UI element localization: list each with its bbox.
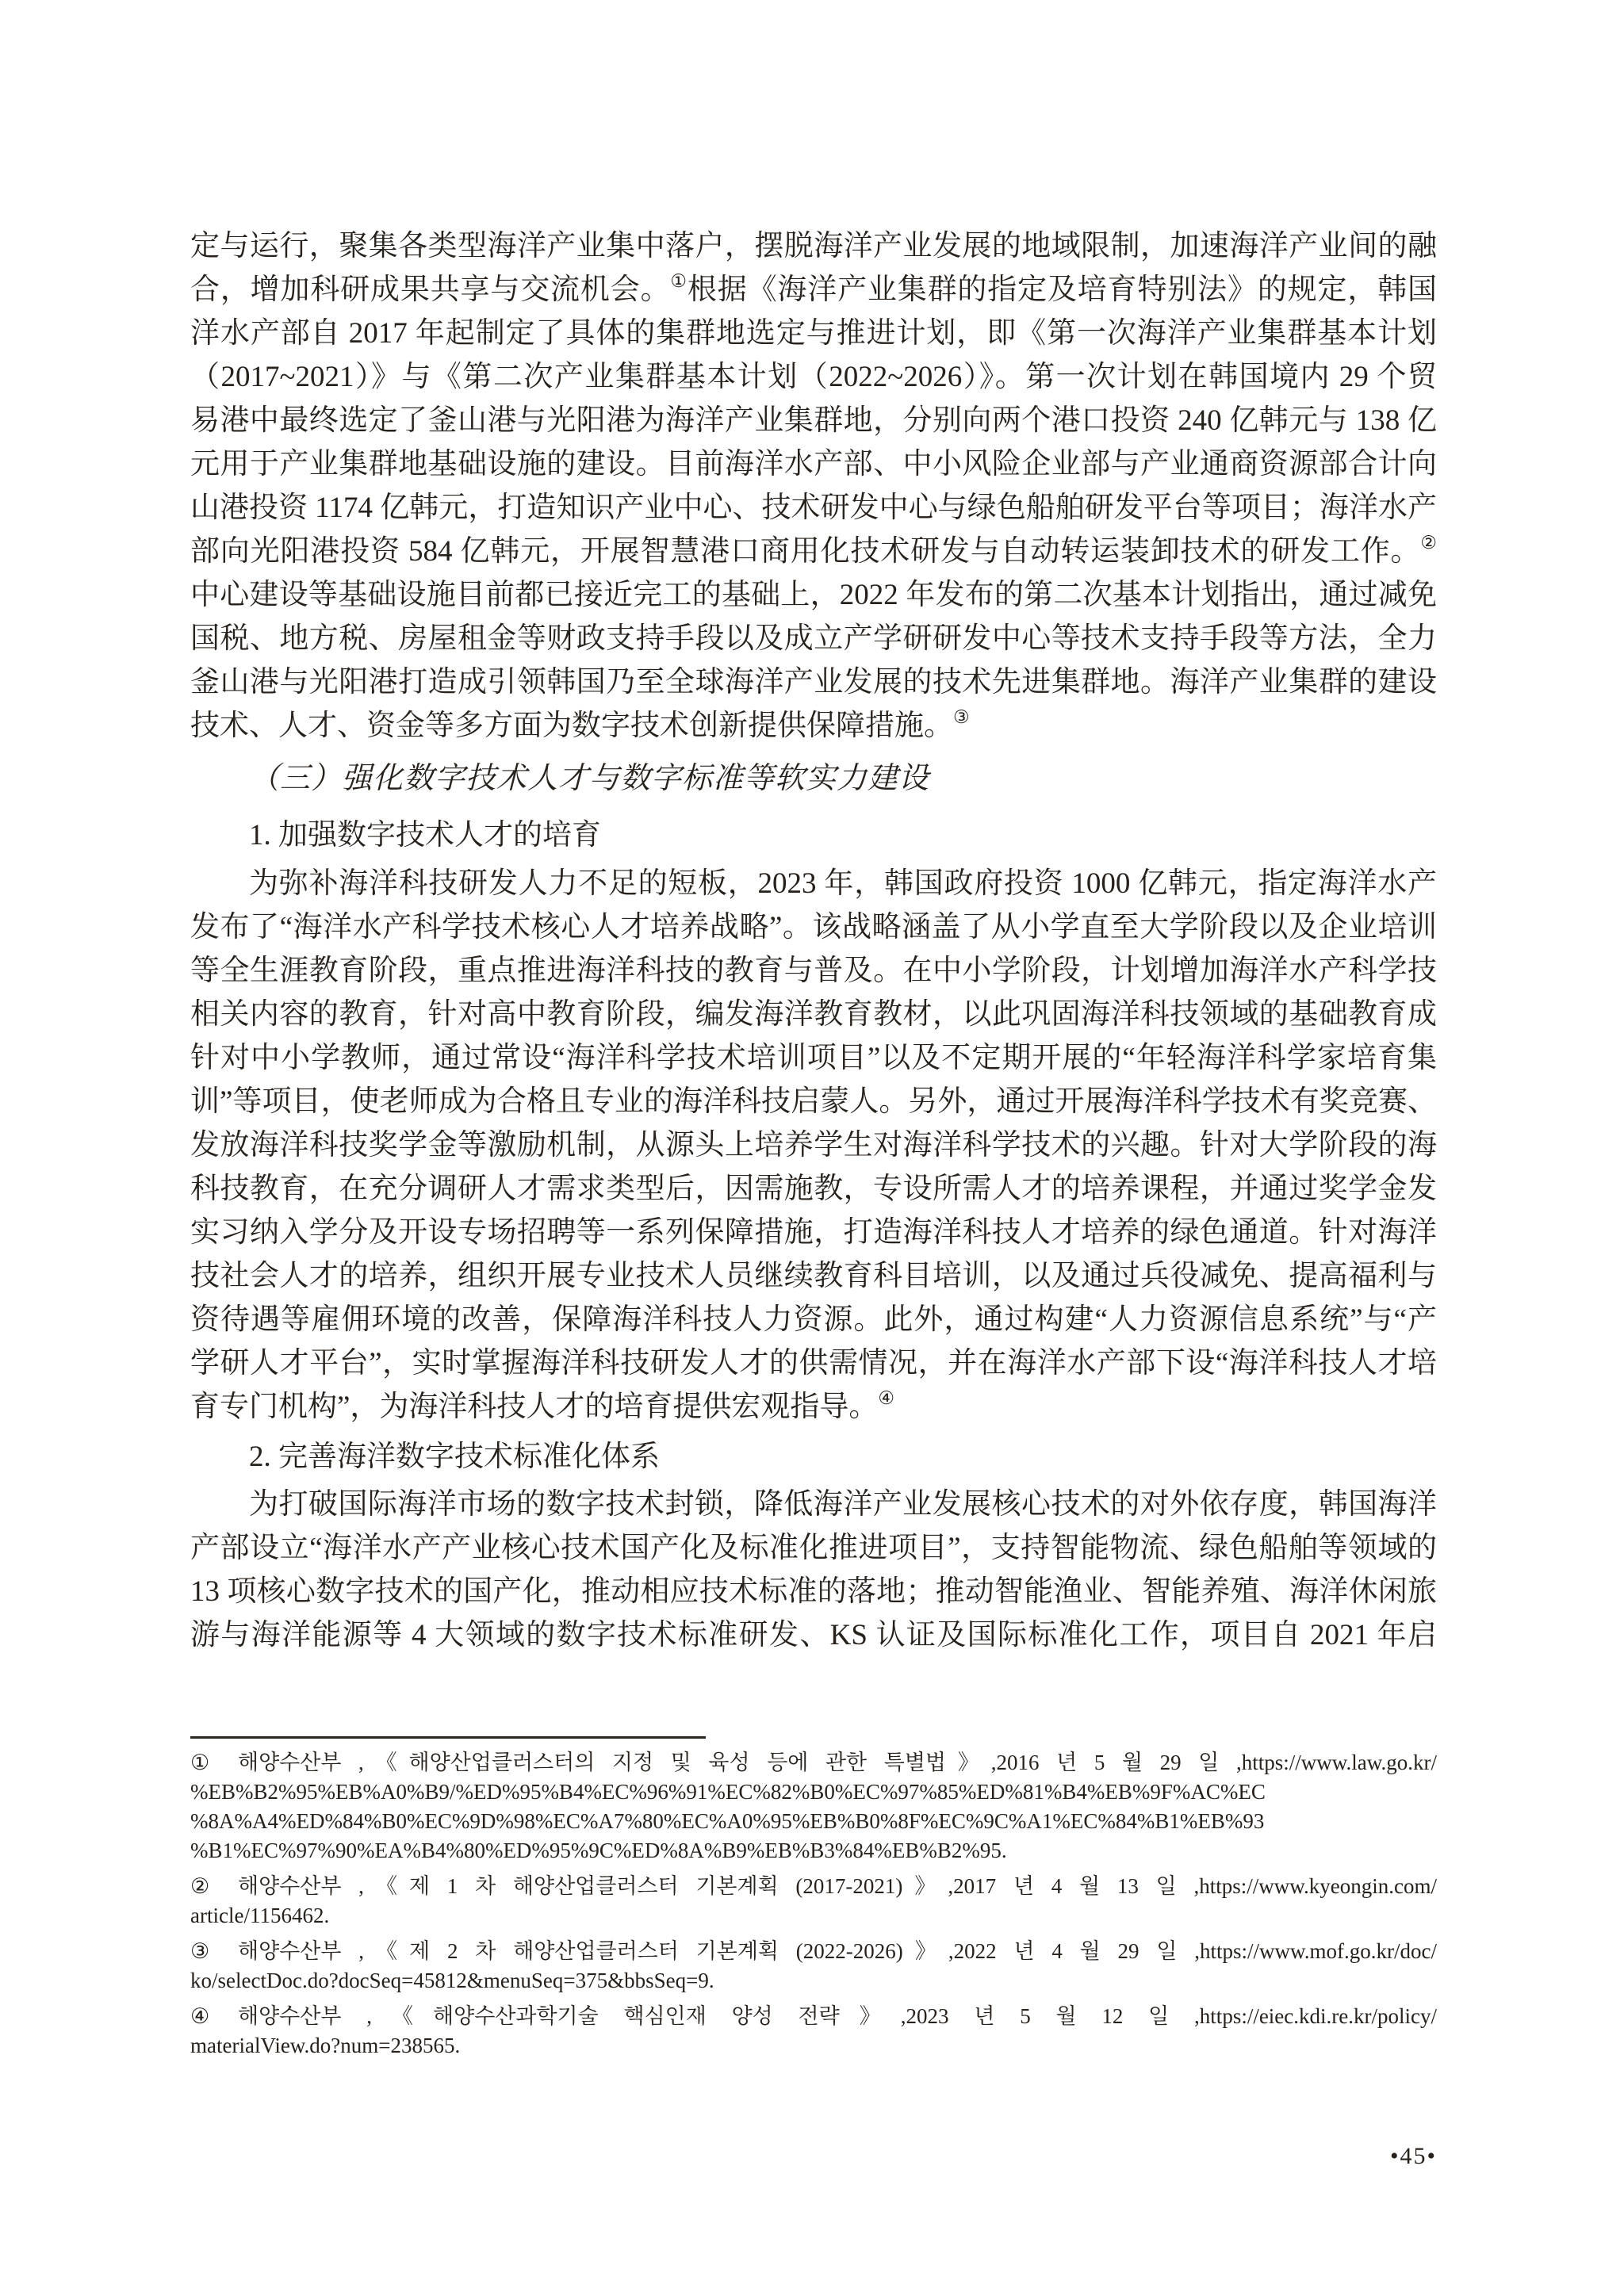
text-line: （2017~2021）》与《第二次产业集群基本计划（2022~2026）》。第一… [190,355,1437,399]
footnote-marker: ② [190,1872,238,1901]
text-line: 实习纳入学分及开设专场招聘等一系列保障措施，打造海洋科技人才培养的绿色通道。针对… [190,1211,1437,1254]
footnote-line: %8A%A4%ED%84%B0%EC%9D%98%EC%A7%80%EC%A0%… [190,1807,1437,1836]
footnote-entry: ①해양수산부 ,《해양산업클러스터의 지정 및 육성 등에 관한 특별법》,20… [190,1748,1437,1865]
footnote-entry: ④해양수산부 ,《해양수산과학기술 핵심인재 양성 전략》,2023 년 5 월… [190,2002,1437,2061]
footnotes-section: ①해양수산부 ,《해양산업클러스터의 지정 및 육성 등에 관한 특별법》,20… [190,1736,1437,2067]
text-line: 游与海洋能源等 4 大领域的数字技术标准研发、KS 认证及国际标准化工作，项目自… [190,1613,1437,1657]
text-line: 元用于产业集群地基础设施的建设。目前海洋水产部、中小风险企业部与产业通商资源部合… [190,442,1437,486]
text-line: 发布了“海洋水产科学技术核心人才培养战略”。该战略涵盖了从小学直至大学阶段以及企… [190,905,1437,949]
footnote-reference: ① [670,271,687,291]
subheading-1: 1. 加强数字技术人才的培育 [190,813,1437,857]
footnote-line: %B1%EC%97%90%EA%B4%80%ED%95%9C%ED%8A%B9%… [190,1836,1437,1865]
footnote-list: ①해양수산부 ,《해양산업클러스터의 지정 및 육성 등에 관한 특별법》,20… [190,1748,1437,2061]
text-line: 技社会人才的培养，组织开展专业技术人员继续教育科目培训，以及通过兵役减免、提高福… [190,1254,1437,1298]
page-number: •45• [190,2141,1437,2172]
footnote-first-line: ④해양수산부 ,《해양수산과학기술 핵심인재 양성 전략》,2023 년 5 월… [190,2002,1437,2031]
footnote-first-line: ②해양수산부 ,《제 1 차 해양산업클러스터 기본계획 (2017-2021)… [190,1872,1437,1901]
section-heading: （三）强化数字技术人才与数字标准等软实力建设 [190,757,1437,801]
footnote-marker: ③ [190,1937,238,1966]
footnote-reference: ② [1420,533,1437,553]
paragraph-1: 定与运行，聚集各类型海洋产业集中落户，摆脱海洋产业发展的地域限制，加速海洋产业间… [190,224,1437,748]
paragraph-3: 为打破国际海洋市场的数字技术封锁，降低海洋产业发展核心技术的对外依存度，韩国海洋… [190,1483,1437,1657]
text-line: 为打破国际海洋市场的数字技术封锁，降低海洋产业发展核心技术的对外依存度，韩国海洋… [190,1483,1437,1526]
text-line: 等全生涯教育阶段，重点推进海洋科技的教育与普及。在中小学阶段，计划增加海洋水产科… [190,949,1437,993]
text-line: 技术、人才、资金等多方面为数字技术创新提供保障措施。③ [190,704,1437,748]
body-text: 定与运行，聚集各类型海洋产业集中落户，摆脱海洋产业发展的地域限制，加速海洋产业间… [190,224,1437,1657]
footnote-line: materialView.do?num=238565. [190,2031,1437,2061]
text-line: 相关内容的教育，针对高中教育阶段，编发海洋教育教材，以此巩固海洋科技领域的基础教… [190,993,1437,1036]
text-line: 洋水产部自 2017 年起制定了具体的集群地选定与推进计划，即《第一次海洋产业集… [190,312,1437,355]
text-line: 科技教育，在充分调研人才需求类型后，因需施教，专设所需人才的培养课程，并通过奖学… [190,1167,1437,1211]
text-line: 13 项核心数字技术的国产化，推动相应技术标准的落地；推动智能渔业、智能养殖、海… [190,1570,1437,1613]
footnote-marker: ① [190,1748,238,1777]
footnote-first-line: ③해양수산부 ,《제 2 차 해양산업클러스터 기본계획 (2022-2026)… [190,1937,1437,1966]
footnote-separator [190,1736,706,1739]
text-line: 合，增加科研成果共享与交流机会。①根据《海洋产业集群的指定及培育特别法》的规定，… [190,268,1437,312]
text-line: 训”等项目，使老师成为合格且专业的海洋科技启蒙人。另外，通过开展海洋科学技术有奖… [190,1080,1437,1123]
document-page: 定与运行，聚集各类型海洋产业集中落户，摆脱海洋产业发展的地域限制，加速海洋产业间… [0,0,1624,2296]
footnote-marker: ④ [190,2002,238,2031]
footnote-reference: ④ [878,1388,894,1408]
footnote-line: %EB%B2%95%EB%A0%B9/%ED%95%B4%EC%96%91%EC… [190,1777,1437,1807]
text-line: 为弥补海洋科技研发人力不足的短板，2023 年，韩国政府投资 1000 亿韩元，… [190,862,1437,905]
subheading-2: 2. 完善海洋数字技术标准化体系 [190,1435,1437,1479]
text-line: 釜山港与光阳港打造成引领韩国乃至全球海洋产业发展的技术先进集群地。海洋产业集群的… [190,660,1437,704]
text-line: 中心建设等基础设施目前都已接近完工的基础上，2022 年发布的第二次基本计划指出… [190,573,1437,617]
footnote-line: ko/selectDoc.do?docSeq=45812&menuSeq=375… [190,1966,1437,1996]
paragraph-2: 为弥补海洋科技研发人力不足的短板，2023 年，韩国政府投资 1000 亿韩元，… [190,862,1437,1429]
text-line: 学研人才平台”，实时掌握海洋科技研发人才的供需情况，并在海洋水产部下设“海洋科技… [190,1341,1437,1385]
text-line: 发放海洋科技奖学金等激励机制，从源头上培养学生对海洋科学技术的兴趣。针对大学阶段… [190,1123,1437,1167]
text-line: 部向光阳港投资 584 亿韩元，开展智慧港口商用化技术研发与自动转运装卸技术的研… [190,530,1437,573]
text-line: 山港投资 1174 亿韩元，打造知识产业中心、技术研发中心与绿色船舶研发平台等项… [190,486,1437,530]
text-line: 定与运行，聚集各类型海洋产业集中落户，摆脱海洋产业发展的地域限制，加速海洋产业间… [190,224,1437,268]
footnote-first-line: ①해양수산부 ,《해양산업클러스터의 지정 및 육성 등에 관한 특별법》,20… [190,1748,1437,1777]
footnote-entry: ③해양수산부 ,《제 2 차 해양산업클러스터 기본계획 (2022-2026)… [190,1937,1437,1996]
text-line: 资待遇等雇佣环境的改善，保障海洋科技人力资源。此外，通过构建“人力资源信息系统”… [190,1298,1437,1341]
text-line: 针对中小学教师，通过常设“海洋科学技术培训项目”以及不定期开展的“年轻海洋科学家… [190,1036,1437,1080]
footnote-line: article/1156462. [190,1901,1437,1931]
footnote-entry: ②해양수산부 ,《제 1 차 해양산업클러스터 기본계획 (2017-2021)… [190,1872,1437,1931]
footnote-reference: ③ [953,707,970,727]
text-line: 产部设立“海洋水产产业核心技术国产化及标准化推进项目”，支持智能物流、绿色船舶等… [190,1526,1437,1570]
text-line: 易港中最终选定了釜山港与光阳港为海洋产业集群地，分别向两个港口投资 240 亿韩… [190,399,1437,442]
text-line: 育专门机构”，为海洋科技人才的培育提供宏观指导。④ [190,1385,1437,1429]
text-line: 国税、地方税、房屋租金等财政支持手段以及成立产学研研发中心等技术支持手段等方法，… [190,617,1437,660]
